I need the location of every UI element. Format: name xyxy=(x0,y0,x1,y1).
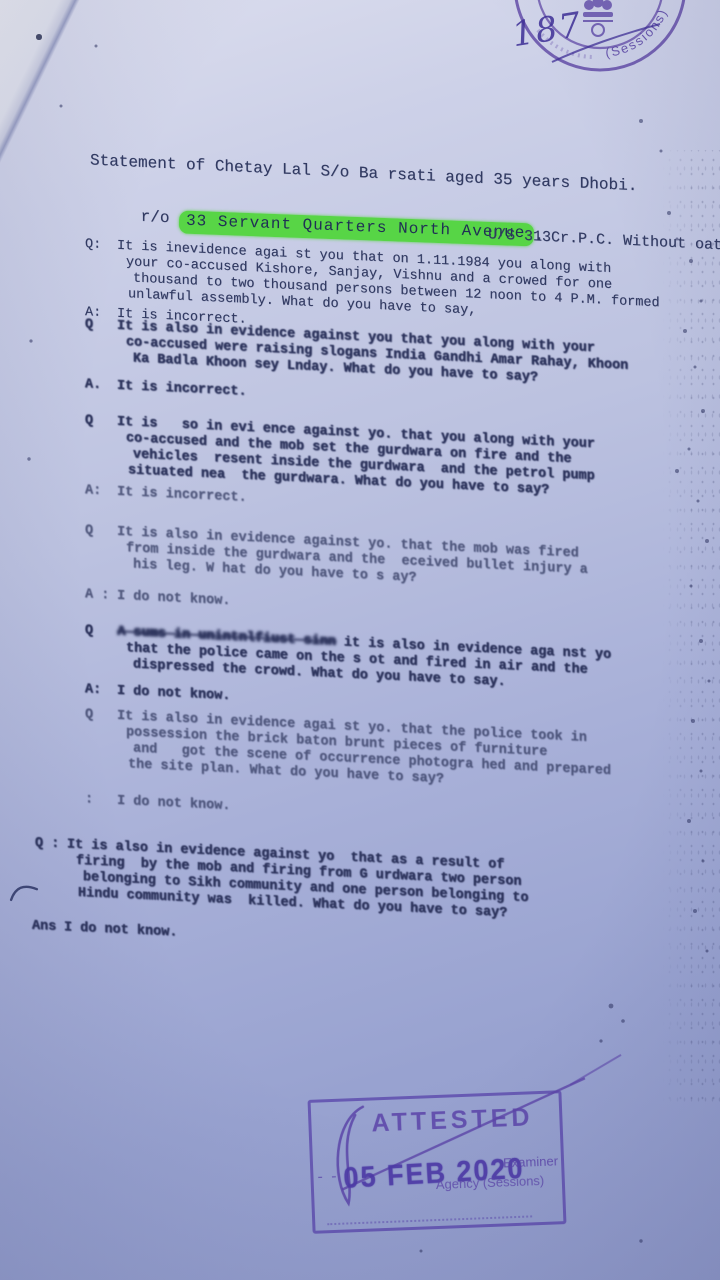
qa-block-4-question: Q It is also in evidence against yo. tha… xyxy=(85,523,588,595)
agency-label: Agency (Sessions) xyxy=(436,1173,545,1192)
answer-text: I do not know. xyxy=(117,794,230,815)
strike-line-tail xyxy=(569,1055,622,1085)
pen-tick-mark xyxy=(6,876,41,906)
answer-label: A : xyxy=(85,587,115,604)
svg-text:(Sessions): (Sessions) xyxy=(604,6,670,60)
qa-block-6-question: Q It is also in evidence agai st yo. tha… xyxy=(85,707,611,796)
qa-block-5-answer: A: I do not know. xyxy=(85,682,230,705)
answer-text: I do not know. xyxy=(64,920,177,941)
qa-block-6-answer: : I do not know. xyxy=(85,792,230,815)
qa-block-3-answer: A: It is incorrect. xyxy=(85,483,247,507)
stamp-dotted-line xyxy=(327,1215,532,1225)
address-highlight: 33 Servant Quarters North Avenue xyxy=(179,210,535,246)
question-label: Q xyxy=(85,413,115,478)
question-label: Q xyxy=(85,523,115,572)
answer-text: I do not know. xyxy=(117,684,230,705)
answer-text: It is incorrect. xyxy=(117,485,247,507)
qa-block-2-answer: A. It is incorrect. xyxy=(85,377,247,401)
question-label: Q: xyxy=(85,237,115,302)
answer-text: It is incorrect. xyxy=(117,379,247,401)
qa-block-2-question: Q It is also in evidence against you tha… xyxy=(85,317,628,391)
answer-text: I do not know. xyxy=(117,589,230,610)
attested-stamp: ATTESTED - - 05 FEB 2020 Examiner Agency… xyxy=(308,1090,567,1234)
answer-label: : xyxy=(85,792,115,809)
question-label: Q xyxy=(85,317,115,366)
attested-title: ATTESTED xyxy=(371,1103,534,1138)
statement-body: Statement of Chetay Lal S/o Ba rsati age… xyxy=(60,140,680,1049)
answer-label: A: xyxy=(85,483,115,500)
answer-label: A. xyxy=(85,377,115,394)
ashoka-emblem-icon xyxy=(583,0,613,36)
qa-block-7-answer: Ans I do not know. xyxy=(32,919,177,942)
question-label: Q xyxy=(85,623,115,672)
address-prefix: r/o xyxy=(141,208,179,228)
examiner-label: Examiner xyxy=(503,1153,558,1170)
answer-label: A: xyxy=(85,682,115,699)
stamp-ring-text: (Sessions) xyxy=(604,6,670,60)
photographed-document: (Sessions) 187 Statement of Chetay Lal S… xyxy=(0,0,720,1280)
answer-label: Ans xyxy=(32,919,62,936)
qa-block-7-question: Q : It is also in evidence against yo th… xyxy=(35,836,529,923)
question-label: Q xyxy=(85,707,115,772)
qa-block-4-answer: A : I do not know. xyxy=(85,587,230,610)
stamp-dashes: - - xyxy=(317,1168,339,1187)
